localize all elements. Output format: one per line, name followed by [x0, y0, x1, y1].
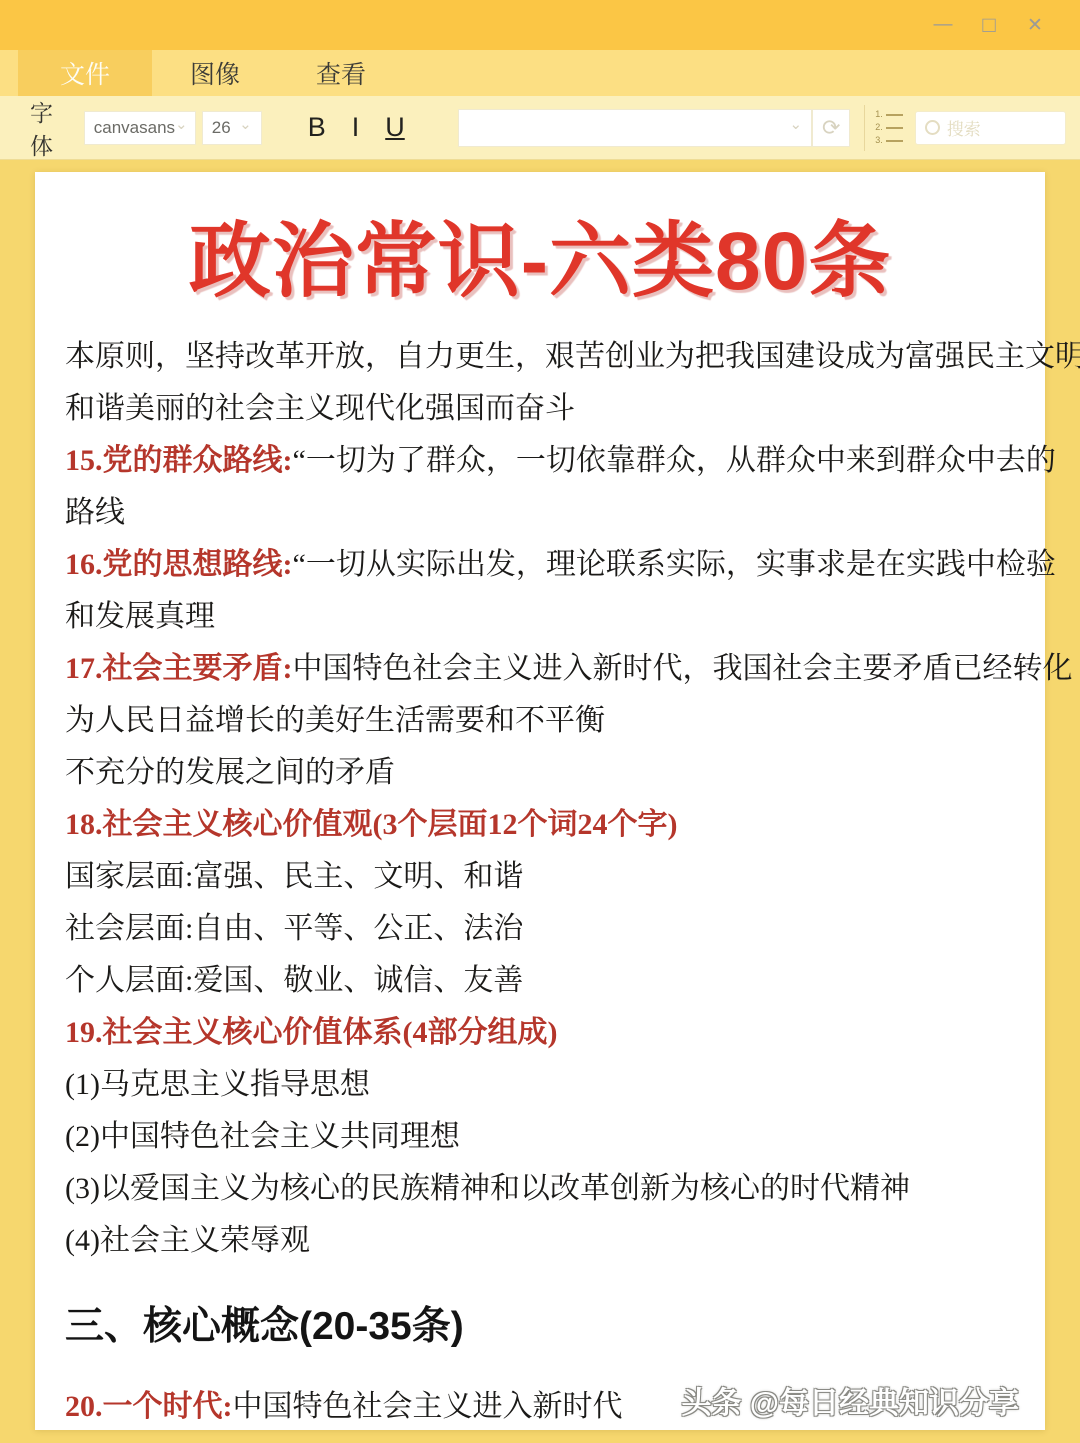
- search-input[interactable]: 搜索: [915, 111, 1066, 145]
- search-placeholder: 搜索: [947, 115, 981, 140]
- list-bar: [886, 114, 903, 116]
- list-number: 1.: [875, 110, 883, 119]
- numbered-list-icon[interactable]: 1. 2. 3.: [875, 110, 903, 145]
- text-line: (2)中国特色社会主义共同理想: [65, 1111, 1015, 1163]
- document-page[interactable]: 政治常识-六类80条 本原则，坚持改革开放，自力更生，艰苦创业为把我国建设成为富…: [35, 172, 1045, 1430]
- text-combobox[interactable]: ⌄: [458, 109, 812, 147]
- text-line: 17.社会主要矛盾:中国特色社会主义进入新时代，我国社会主要矛盾已经转化: [65, 643, 1015, 695]
- font-family-select[interactable]: canvasans ⌄: [84, 111, 196, 145]
- maximize-button[interactable]: □: [966, 8, 1012, 42]
- list-bar: [886, 127, 903, 129]
- font-family-value: canvasans: [94, 118, 175, 138]
- text-line: 19.社会主义核心价值体系(4部分组成): [65, 1007, 1015, 1059]
- text-line: 路线: [65, 487, 1015, 539]
- minimize-button[interactable]: —: [920, 8, 966, 42]
- text-line: 个人层面:爱国、敬业、诚信、友善: [65, 955, 1015, 1007]
- text-line: (4)社会主义荣辱观: [65, 1215, 1015, 1267]
- text-line: 和谐美丽的社会主义现代化强国而奋斗: [65, 383, 1015, 435]
- font-label: 字体: [30, 95, 74, 161]
- bold-button[interactable]: B: [308, 112, 326, 143]
- item-lead: 17.社会主要矛盾:: [65, 652, 293, 685]
- text-line: 国家层面:富强、民主、文明、和谐: [65, 851, 1015, 903]
- text-line: 和发展真理: [65, 591, 1015, 643]
- menu-image[interactable]: 图像: [152, 50, 278, 96]
- list-bar: [886, 140, 903, 142]
- watermark: 头条 @每日经典知识分享: [681, 1378, 1019, 1422]
- text-line: 15.党的群众路线:“一切为了群众，一切依靠群众，从群众中来到群众中去的: [65, 435, 1015, 487]
- text-line: 18.社会主义核心价值观(3个层面12个词24个字): [65, 799, 1015, 851]
- titlebar: — □ ✕: [0, 0, 1080, 50]
- document-title: 政治常识-六类80条: [65, 196, 1015, 313]
- chevron-down-icon: ⌄: [790, 117, 803, 132]
- chevron-down-icon: ⌄: [175, 117, 188, 132]
- item-lead: 16.党的思想路线:: [65, 548, 293, 581]
- menubar: 文件 图像 查看: [0, 50, 1080, 96]
- text-line: 本原则，坚持改革开放，自力更生，艰苦创业为把我国建设成为富强民主文明: [65, 331, 1015, 383]
- menu-file[interactable]: 文件: [18, 50, 152, 96]
- text-line: (1)马克思主义指导思想: [65, 1059, 1015, 1111]
- item-lead: 19.社会主义核心价值体系(4部分组成): [65, 1016, 557, 1049]
- text-line: (3)以爱国主义为核心的民族精神和以改革创新为核心的时代精神: [65, 1163, 1015, 1215]
- section-heading: 三、核心概念(20-35条): [65, 1301, 1015, 1353]
- toolbar: 字体 canvasans ⌄ 26 ⌄ B I U ⌄ ⟳ 1. 2. 3. 搜…: [0, 96, 1080, 160]
- item-lead: 20.一个时代:: [65, 1390, 233, 1423]
- italic-button[interactable]: I: [352, 112, 360, 143]
- toolbar-divider: [864, 105, 865, 151]
- text-line: 16.党的思想路线:“一切从实际出发，理论联系实际，实事求是在实践中检验: [65, 539, 1015, 591]
- menu-view[interactable]: 查看: [278, 50, 404, 96]
- item-lead: 18.社会主义核心价值观(3个层面12个词24个字): [65, 808, 677, 841]
- font-size-value: 26: [212, 118, 231, 138]
- underline-button[interactable]: U: [385, 112, 405, 143]
- app-window: — □ ✕ 文件 图像 查看 字体 canvasans ⌄ 26 ⌄ B I U…: [0, 0, 1080, 1443]
- document-body: 本原则，坚持改革开放，自力更生，艰苦创业为把我国建设成为富强民主文明和谐美丽的社…: [65, 331, 1015, 1433]
- search-icon: [925, 120, 940, 135]
- close-button[interactable]: ✕: [1012, 8, 1058, 42]
- item-lead: 15.党的群众路线:: [65, 444, 293, 477]
- font-size-select[interactable]: 26 ⌄: [202, 111, 262, 145]
- canvas-area: 政治常识-六类80条 本原则，坚持改革开放，自力更生，艰苦创业为把我国建设成为富…: [0, 160, 1080, 1443]
- chevron-down-icon: ⌄: [239, 117, 252, 132]
- text-line: 为人民日益增长的美好生活需要和不平衡: [65, 695, 1015, 747]
- refresh-button[interactable]: ⟳: [812, 109, 850, 147]
- text-line: 不充分的发展之间的矛盾: [65, 747, 1015, 799]
- list-number: 3.: [875, 136, 883, 145]
- list-number: 2.: [875, 123, 883, 132]
- refresh-icon: ⟳: [822, 115, 840, 141]
- text-line: 社会层面:自由、平等、公正、法治: [65, 903, 1015, 955]
